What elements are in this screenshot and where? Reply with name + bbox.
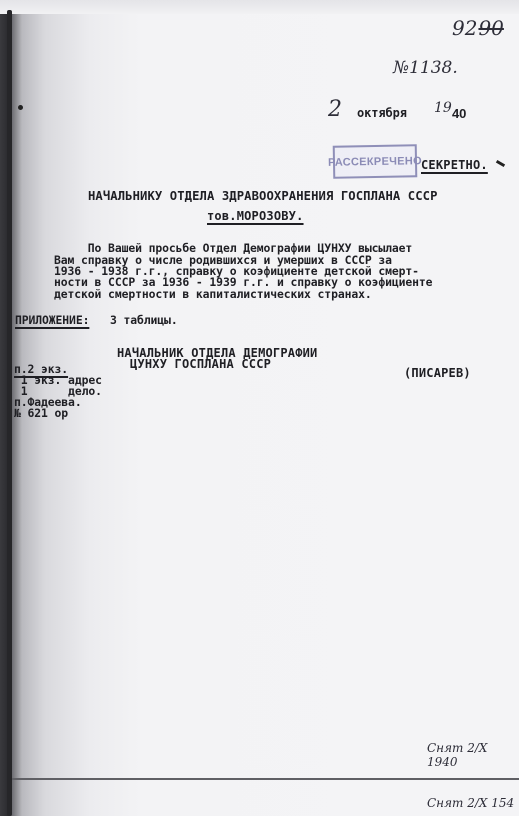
scanned-page: 9290 №1138. 2 октября 19 40 РАССЕКРЕЧЕНО… [0, 0, 519, 816]
attachment-value: 3 таблицы. [110, 313, 178, 327]
next-page-edge [12, 778, 519, 780]
declassified-stamp: РАССЕКРЕЧЕНО [333, 144, 418, 178]
annotation-removed-1: Снят 2/X 1940 [427, 741, 519, 769]
body-line: детской смертности в капиталистических с… [54, 289, 372, 300]
signature-name: (ПИСАРЕВ) [404, 366, 471, 380]
signature-title-line2: ЦУНХУ ГОСПЛАНА СССР [130, 357, 271, 371]
date-year-suffix: 40 [452, 106, 466, 121]
punch-hole [18, 105, 23, 110]
classification-mark [496, 160, 505, 167]
date-month: октября [357, 106, 407, 120]
classification: СЕКРЕТНО. [421, 158, 488, 172]
page-number-struck: 90 [478, 16, 503, 40]
page-number: 9290 [452, 16, 504, 40]
binding-edge [7, 10, 12, 816]
addressee-line1: НАЧАЛЬНИКУ ОТДЕЛА ЗДРАВООХРАНЕНИЯ ГОСПЛА… [88, 189, 438, 203]
distribution-line: № 621 ор [14, 408, 68, 419]
registration-number: №1138. [393, 58, 458, 78]
date-year-prefix: 19 [434, 100, 452, 116]
page-number-current: 92 [452, 16, 477, 40]
addressee-line2: тов.МОРОЗОВУ. [207, 209, 304, 223]
annotation-removed-2: Снят 2/X 154 [427, 796, 514, 810]
attachment-label: ПРИЛОЖЕНИЕ: [15, 313, 89, 327]
date-day: 2 [328, 97, 342, 122]
top-shade [0, 0, 519, 14]
